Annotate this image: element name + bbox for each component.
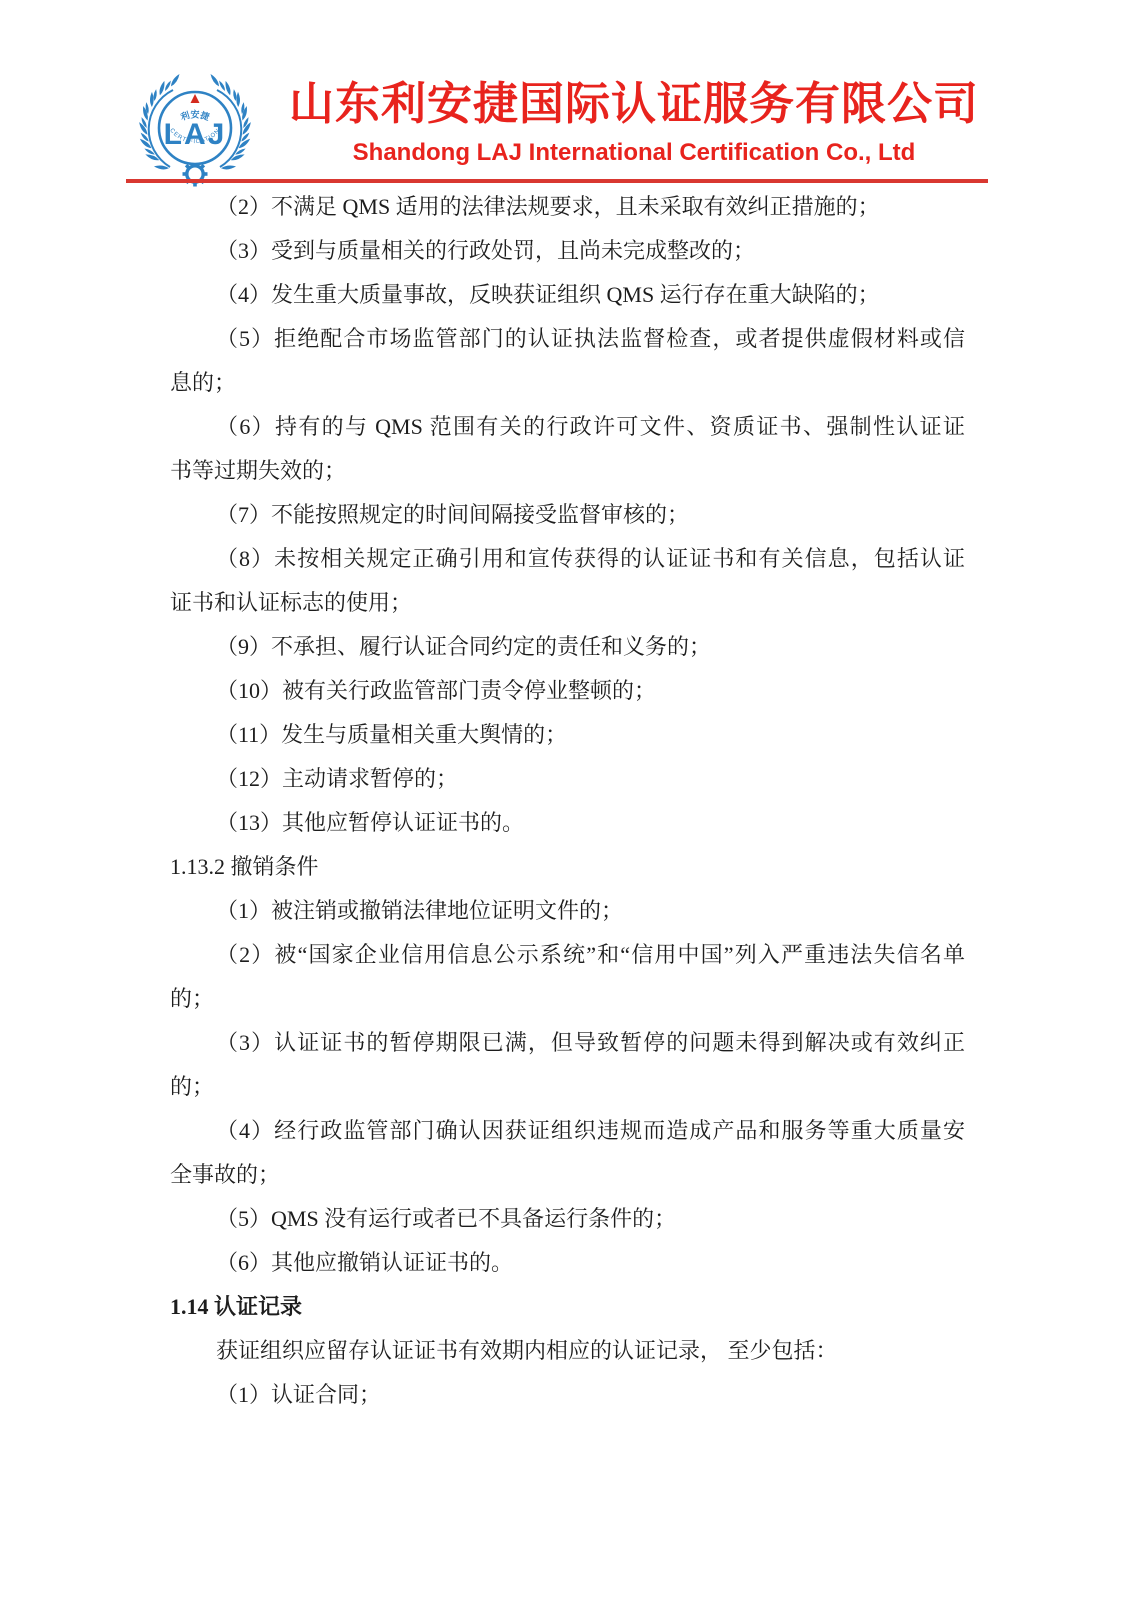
document-page: 利安捷 CERTIFICATION LAJ 山东利安捷国际认证服务有限公司 Sh… (0, 0, 1131, 1600)
document-line: （10）被有关行政监管部门责令停业整顿的； (170, 669, 965, 713)
company-logo-icon: 利安捷 CERTIFICATION LAJ (135, 70, 255, 190)
document-line: （9）不承担、履行认证合同约定的责任和义务的； (170, 625, 965, 669)
document-line: （3）受到与质量相关的行政处罚，且尚未完成整改的； (170, 229, 965, 273)
document-line: （8）未按相关规定正确引用和宣传获得的认证证书和有关信息，包括认证 (170, 537, 965, 581)
document-line: （5）拒绝配合市场监管部门的认证执法监督检查，或者提供虚假材料或信 (170, 317, 965, 361)
document-line: 息的； (170, 361, 965, 405)
document-line: （6）其他应撤销认证证书的。 (170, 1241, 965, 1285)
document-line: （1）认证合同； (170, 1373, 965, 1417)
document-line: （4）发生重大质量事故，反映获证组织 QMS 运行存在重大缺陷的； (170, 273, 965, 317)
header-divider (126, 179, 988, 183)
document-line: 证书和认证标志的使用； (170, 581, 965, 625)
document-line: 获证组织应留存认证证书有效期内相应的认证记录， 至少包括： (170, 1329, 965, 1373)
document-line: （13）其他应暂停认证证书的。 (170, 801, 965, 845)
document-line: （6）持有的与 QMS 范围有关的行政许可文件、资质证书、强制性认证证 (170, 405, 965, 449)
document-line: （2）被“国家企业信用信息公示系统”和“信用中国”列入严重违法失信名单 (170, 933, 965, 977)
document-line: 书等过期失效的； (170, 449, 965, 493)
document-line: （3）认证证书的暂停期限已满，但导致暂停的问题未得到解决或有效纠正 (170, 1021, 965, 1065)
document-line: （7）不能按照规定的时间间隔接受监督审核的； (170, 493, 965, 537)
document-line: （11）发生与质量相关重大舆情的； (170, 713, 965, 757)
company-title-cn: 山东利安捷国际认证服务有限公司 (258, 76, 1010, 132)
document-line: 的； (170, 1065, 965, 1109)
document-line: 1.13.2 撤销条件 (170, 845, 965, 889)
document-body: （2）不满足 QMS 适用的法律法规要求，且未采取有效纠正措施的；（3）受到与质… (170, 185, 965, 1417)
document-line: （12）主动请求暂停的； (170, 757, 965, 801)
document-line: （1）被注销或撤销法律地位证明文件的； (170, 889, 965, 933)
document-line: 全事故的； (170, 1153, 965, 1197)
document-line: 1.14 认证记录 (170, 1285, 965, 1329)
document-line: （4）经行政监管部门确认因获证组织违规而造成产品和服务等重大质量安 (170, 1109, 965, 1153)
logo-letters: LAJ (164, 118, 227, 151)
document-line: （2）不满足 QMS 适用的法律法规要求，且未采取有效纠正措施的； (170, 185, 965, 229)
document-line: 的； (170, 977, 965, 1021)
company-title-en: Shandong LAJ International Certification… (258, 136, 1010, 170)
document-line: （5）QMS 没有运行或者已不具备运行条件的； (170, 1197, 965, 1241)
